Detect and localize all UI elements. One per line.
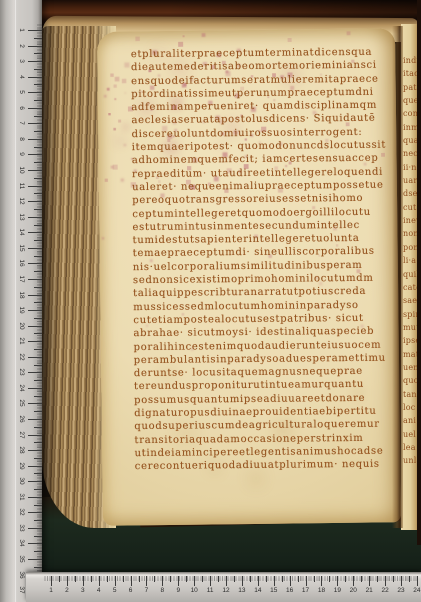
ruler-number: 22	[17, 352, 25, 362]
ruler-number: 18	[17, 290, 25, 300]
horizontal-ruler: 123456789101112131415161718192021222324	[26, 572, 421, 602]
ruler-number: 12	[220, 587, 232, 594]
ruler-number: 15	[17, 243, 25, 253]
manuscript-text-block: etpluraliterpraeceptumterminatdicensquad…	[131, 46, 397, 474]
ruler-number: 20	[17, 321, 25, 331]
ruler-number: 9	[172, 587, 184, 594]
ruler-number: 36	[17, 570, 25, 580]
ruler-number: 2	[17, 41, 25, 51]
ruler-number: 7	[140, 587, 152, 594]
ruler-number: 33	[17, 523, 25, 533]
ruler-number: 23	[17, 367, 25, 377]
ruler-bevel-seam	[15, 0, 16, 602]
ruler-number: 37	[17, 585, 25, 595]
ruler-number: 14	[17, 227, 25, 237]
ruler-number: 17	[300, 587, 312, 594]
manuscript-line: cerecontueriquodadiuuatplurimum· nequis	[135, 458, 397, 474]
ruler-number: 2	[61, 587, 73, 594]
manuscript-page: etpluraliterpraeceptumterminatdicensquad…	[97, 28, 401, 526]
ruler-number: 23	[395, 587, 407, 594]
ruler-number: 1	[45, 587, 57, 594]
ruler-number: 25	[17, 398, 25, 408]
ruler-number: 4	[93, 587, 105, 594]
ruler-number: 35	[17, 554, 25, 564]
ruler-number: 24	[411, 587, 421, 594]
ruler-number: 18	[315, 587, 327, 594]
ruler-number: 10	[17, 165, 25, 175]
ruler-number: 11	[17, 181, 25, 191]
ruler-number: 31	[17, 492, 25, 502]
ruler-number: 22	[379, 587, 391, 594]
ruler-number: 8	[156, 587, 168, 594]
ruler-number: 3	[77, 587, 89, 594]
ruler-number: 6	[17, 103, 25, 113]
ruler-number: 7	[17, 118, 25, 128]
ruler-number: 26	[17, 414, 25, 424]
ruler-number: 15	[268, 587, 280, 594]
ruler-number: 28	[17, 445, 25, 455]
ruler-number: 5	[109, 587, 121, 594]
ruler-number: 9	[17, 149, 25, 159]
ruler-number: 5	[17, 87, 25, 97]
ruler-number: 12	[17, 196, 25, 206]
ruler-number: 6	[125, 587, 137, 594]
ruler-number: 16	[17, 258, 25, 268]
ruler-number: 13	[236, 587, 248, 594]
ruler-number: 8	[17, 134, 25, 144]
ruler-number: 11	[204, 587, 216, 594]
vertical-ruler: 1234567891011121314151617181920212223242…	[0, 0, 42, 602]
facing-page-edge: indicitaqupatruqueeconflinmoquamneclaii·…	[401, 24, 418, 530]
ruler-number: 14	[252, 587, 264, 594]
ruler-number: 27	[17, 430, 25, 440]
ruler-number: 4	[17, 72, 25, 82]
book-cover-edge	[417, 0, 421, 545]
manuscript-photo-scene: indicitaqupatruqueeconflinmoquamneclaii·…	[0, 0, 421, 602]
ruler-number: 29	[17, 461, 25, 471]
ruler-number: 10	[188, 587, 200, 594]
ruler-number: 24	[17, 383, 25, 393]
ruler-number: 13	[17, 212, 25, 222]
ruler-number: 1	[17, 25, 25, 35]
ruler-number: 21	[363, 587, 375, 594]
gutter-crease-shadow	[392, 26, 403, 528]
ruler-number: 32	[17, 507, 25, 517]
ruler-number: 21	[17, 336, 25, 346]
ruler-number: 17	[17, 274, 25, 284]
ruler-number: 19	[331, 587, 343, 594]
ruler-number: 3	[17, 56, 25, 66]
ruler-number: 16	[284, 587, 296, 594]
ruler-number: 30	[17, 476, 25, 486]
ruler-number: 19	[17, 305, 25, 315]
ruler-number: 34	[17, 538, 25, 548]
ruler-number: 20	[347, 587, 359, 594]
